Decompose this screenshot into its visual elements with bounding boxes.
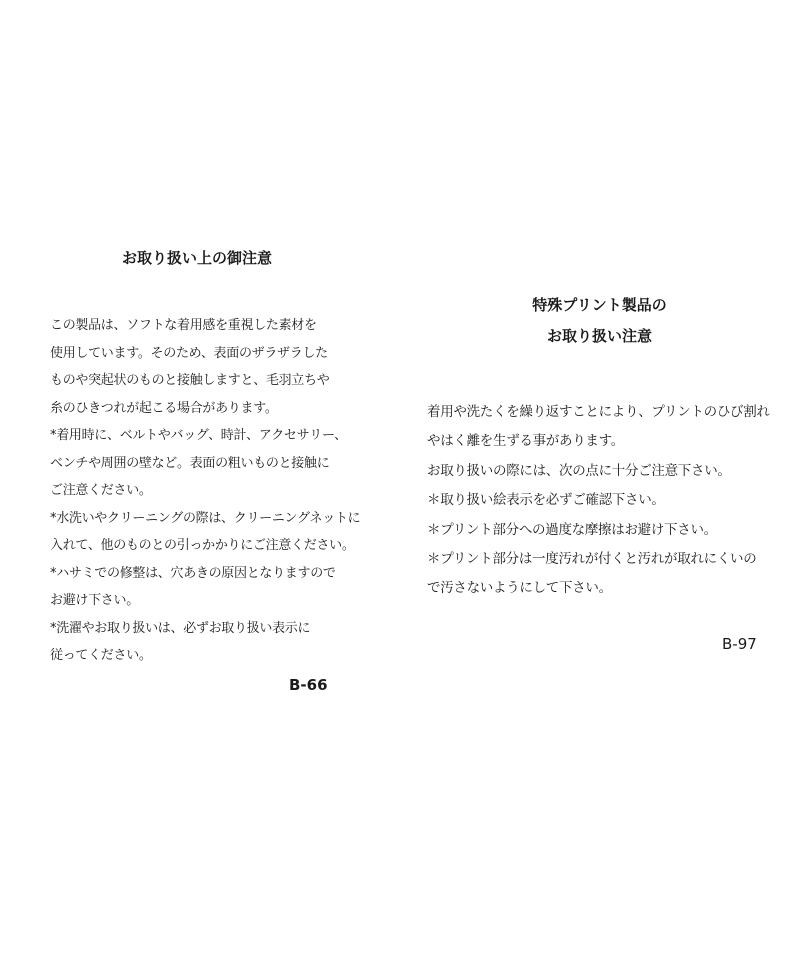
text-line: *着用時に、ベルトやバッグ、時計、アクセサリー、 xyxy=(50,422,350,450)
text-line: この製品は、ソフトな着用感を重視した素材を xyxy=(50,312,350,340)
care-notice-title: お取り扱い上の御注意 xyxy=(44,244,350,272)
care-notice-right: 特殊プリント製品の お取り扱い注意 着用や洗たくを繰り返すことにより、プリントの… xyxy=(427,290,772,604)
text-line: 入れて、他のものとの引っかかりにご注意ください。 xyxy=(50,532,350,560)
text-line: ＊取り扱い絵表示を必ずご確認下さい。 xyxy=(427,486,772,515)
text-line: ご注意ください。 xyxy=(50,477,350,505)
text-line: *水洗いやクリーニングの際は、クリーニングネットに xyxy=(50,505,350,533)
text-line: 従ってください。 xyxy=(50,642,350,670)
text-line: *洗濯やお取り扱いは、必ずお取り扱い表示に xyxy=(50,615,350,643)
care-notice-title-line1: 特殊プリント製品の xyxy=(427,290,772,321)
care-notice-body: 着用や洗たくを繰り返すことにより、プリントのひび割れ やはく離を生ずる事がありま… xyxy=(427,398,772,604)
text-line: ＊プリント部分への過度な摩擦はお避け下さい。 xyxy=(427,516,772,545)
text-line: ものや突起状のものと接触しますと、毛羽立ちや xyxy=(50,367,350,395)
text-line: お取り扱いの際には、次の点に十分ご注意下さい。 xyxy=(427,457,772,486)
text-line: *ハサミでの修整は、穴あきの原因となりますので xyxy=(50,560,350,588)
text-line: お避け下さい。 xyxy=(50,587,350,615)
care-notice-left: お取り扱い上の御注意 この製品は、ソフトな着用感を重視した素材を 使用しています… xyxy=(50,244,350,670)
text-line: 糸のひきつれが起こる場合があります。 xyxy=(50,395,350,423)
label-code-right: B-97 xyxy=(722,635,757,653)
text-line: やはく離を生ずる事があります。 xyxy=(427,427,772,456)
label-code-left: B-66 xyxy=(289,676,328,694)
care-notice-body: この製品は、ソフトな着用感を重視した素材を 使用しています。そのため、表面のザラ… xyxy=(50,312,350,670)
text-line: ベンチや周囲の壁など。表面の粗いものと接触に xyxy=(50,450,350,478)
text-line: で汚さないようにして下さい。 xyxy=(427,574,772,603)
text-line: ＊プリント部分は一度汚れが付くと汚れが取れにくいの xyxy=(427,545,772,574)
text-line: 使用しています。そのため、表面のザラザラした xyxy=(50,340,350,368)
text-line: 着用や洗たくを繰り返すことにより、プリントのひび割れ xyxy=(427,398,772,427)
care-notice-title-line2: お取り扱い注意 xyxy=(427,321,772,352)
